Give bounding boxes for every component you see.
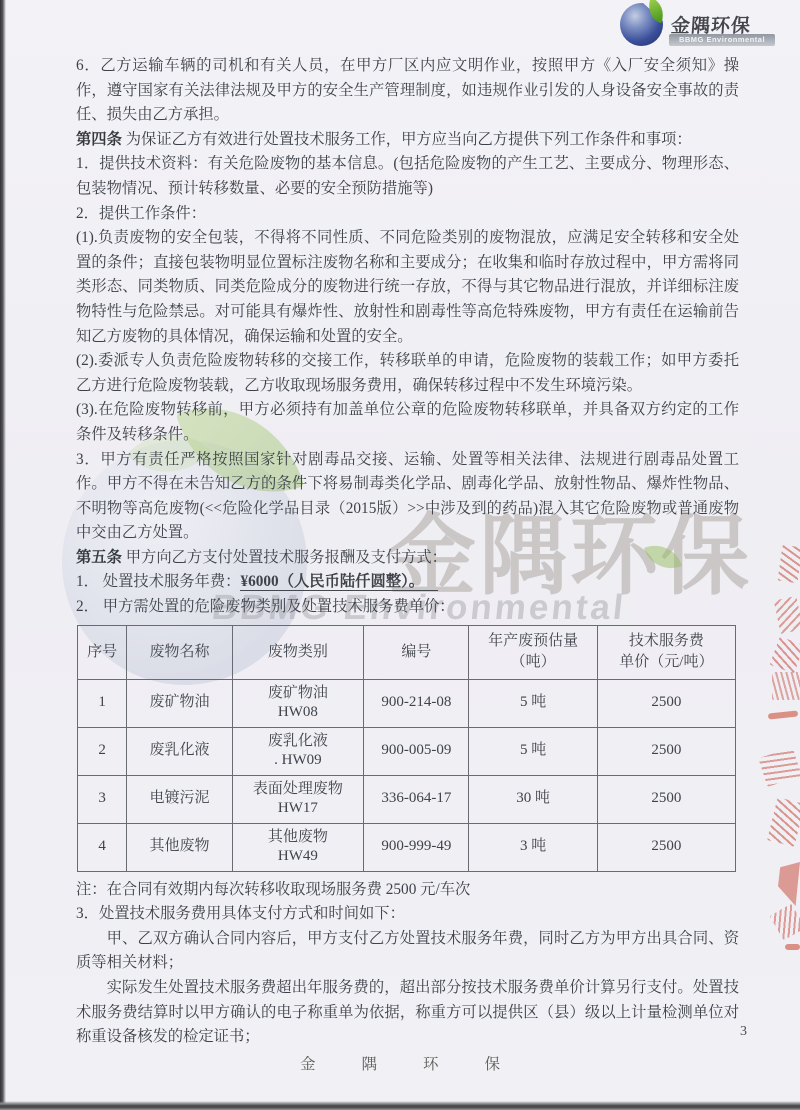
article5-heading: 第五条 [76,549,122,566]
waste-price-table: 序号 废物名称 废物类别 编号 年产废预估量（吨） 技术服务费 单价（元/吨） … [77,625,736,872]
article4-text: 为保证乙方有效进行处置技术服务工作，甲方应当向乙方提供下列工作条件和事项： [122,131,692,148]
paragraph-pay-2: 实际发生处置技术服务费超出年服务费的，超出部分按技术服务费单价计算另行支付。处置… [76,976,739,1050]
column-header-waste-name: 废物名称 [127,625,232,679]
paragraph-pay-1: 甲、乙双方确认合同内容后，甲方支付乙方处置技术服务年费，同时乙方为甲方出具合同、… [76,927,739,976]
table-cell: 4 [78,823,127,871]
table-cell: 336-064-17 [364,775,469,823]
left-scan-edge [0,0,6,1110]
article4-heading: 第四条 [76,131,122,148]
table-cell: 5 吨 [469,679,597,727]
contract-body: 6．乙方运输车辆的司机和有关人员，在甲方厂区内应文明作业，按照甲方《入厂安全须知… [76,54,739,1050]
paragraph-sub1: (1).负责废物的安全包装，不得将不同性质、不同危险类别的废物混放，应满足安全转… [76,226,739,349]
table-header-row: 序号 废物名称 废物类别 编号 年产废预估量（吨） 技术服务费 单价（元/吨） [78,625,736,679]
table-row: 3 电镀污泥 表面处理废物 HW17 336-064-17 30 吨 2500 [78,775,736,823]
red-seal-mark [770,904,800,941]
paragraph-item2: 2．提供工作条件： [76,202,739,227]
column-header-unit-price: 技术服务费 单价（元/吨） [597,625,735,679]
red-seal-mark [758,747,800,787]
logo-subtitle-text: BBMG Environmental [669,34,775,46]
table-cell: 3 [78,775,127,823]
scanned-contract-page: 金隅环保 BBMG Environmental 金隅环保 BBMG Enviro… [0,0,800,1110]
table-cell: 900-999-49 [364,823,469,871]
table-cell: 2500 [597,775,735,823]
paragraph-item3: 3．甲方有责任严格按照国家针对剧毒品交接、运输、处置等相关法律、法规进行剧毒品处… [76,448,739,546]
paragraph-article4: 第四条 为保证乙方有效进行处置技术服务工作，甲方应当向乙方提供下列工作条件和事项… [76,128,739,153]
red-seal-mark [778,862,800,906]
paragraph-clause6: 6．乙方运输车辆的司机和有关人员，在甲方厂区内应文明作业，按照甲方《入厂安全须知… [76,54,739,128]
annual-fee-value: ¥6000（人民币陆仟圆整）。 [240,573,438,591]
table-row: 2 废乳化液 废乳化液 . HW09 900-005-09 5 吨 2500 [78,727,736,775]
table-cell: 废乳化液 . HW09 [232,727,364,775]
table-cell: 900-005-09 [364,727,469,775]
paragraph-article5: 第五条 甲方向乙方支付处置技术服务报酬及支付方式： [76,546,739,571]
table-cell: 废矿物油 HW08 [232,679,364,727]
article5-text: 甲方向乙方支付处置技术服务报酬及支付方式： [122,549,447,566]
company-logo: 金隅环保 BBMG Environmental [612,2,777,50]
bottom-scan-edge [0,1101,800,1110]
red-seal-mark [772,672,800,700]
paragraph-price-intro: 2． 甲方需处置的危险废物类别及处置技术服务费单价： [76,595,739,620]
table-cell: 5 吨 [469,727,597,775]
column-header-code: 编号 [364,625,469,679]
paragraph-pay-intro: 3．处置技术服务费用具体支付方式和时间如下： [76,902,739,927]
table-cell: 表面处理废物 HW17 [232,775,364,823]
annual-fee-label: 1． 处置技术服务年费： [76,573,240,590]
table-cell: 2500 [597,727,735,775]
table-cell: 其他废物 HW49 [232,823,364,871]
table-cell: 废乳化液 [127,727,232,775]
table-row: 4 其他废物 其他废物 HW49 900-999-49 3 吨 2500 [78,823,736,871]
red-seal-mark [768,710,798,719]
paragraph-sub3: (3).在危险废物转移前，甲方必须持有加盖单位公章的危险废物转移联单，并具备双方… [76,398,739,447]
table-note: 注：在合同有效期内每次转移收取现场服务费 2500 元/车次 [76,878,739,903]
red-seal-mark [767,797,800,846]
paragraph-annual-fee: 1． 处置技术服务年费：¥6000（人民币陆仟圆整）。 [76,570,739,595]
red-seal-mark [774,596,800,634]
red-seal-mark [770,636,800,673]
table-cell: 2 [78,727,127,775]
table-row: 1 废矿物油 废矿物油 HW08 900-214-08 5 吨 2500 [78,679,736,727]
column-header-waste-class: 废物类别 [232,625,364,679]
table-cell: 900-214-08 [364,679,469,727]
column-header-annual-amount: 年产废预估量（吨） [469,625,597,679]
column-header-index: 序号 [78,625,127,679]
footer-brand: 金隅环保 [0,1052,800,1074]
table-cell: 3 吨 [469,823,597,871]
paragraph-sub2: (2).委派专人负责危险废物转移的交接工作，转移联单的申请，危险废物的装载工作；… [76,349,739,398]
table-cell: 其他废物 [127,823,232,871]
red-seal-mark [778,545,800,583]
page-number: 3 [740,1024,747,1040]
table-cell: 废矿物油 [127,679,232,727]
red-seal-mark [785,944,800,950]
paragraph-item1: 1．提供技术资料：有关危险废物的基本信息。(包括危险废物的产生工艺、主要成分、物… [76,152,739,201]
table-cell: 1 [78,679,127,727]
table-cell: 2500 [597,679,735,727]
table-cell: 30 吨 [469,775,597,823]
table-cell: 2500 [597,823,735,871]
table-cell: 电镀污泥 [127,775,232,823]
